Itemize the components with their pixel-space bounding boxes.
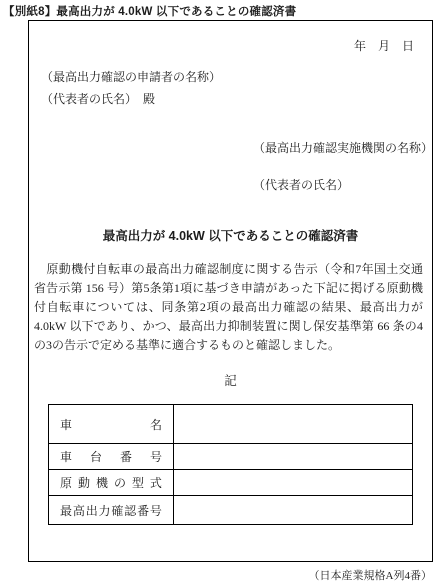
max-output-confirmation-number-value xyxy=(174,496,413,525)
issuer-organization-label: （最高出力確認実施機関の名称） xyxy=(253,139,432,156)
table-row: 車名 xyxy=(49,405,413,444)
date-line: 年 月 日 xyxy=(354,37,414,54)
max-output-confirmation-number-label: 最高出力確認番号 xyxy=(49,502,173,519)
engine-model-value xyxy=(174,470,413,496)
recipient-applicant-name-label: （最高出力確認の申請者の名称） xyxy=(41,66,221,88)
record-marker: 記 xyxy=(29,371,432,389)
issuer-representative-label: （代表者の氏名） xyxy=(253,176,349,193)
body-paragraph: 原動機付自転車の最高出力確認制度に関する告示（令和7年国土交通省告示第 156 … xyxy=(34,260,423,355)
table-row: 車台番号 xyxy=(49,444,413,470)
chassis-number-value xyxy=(174,444,413,470)
recipient-representative-label: （代表者の氏名） 殿 xyxy=(41,88,221,110)
vehicle-info-table: 車名 車台番号 原動機の型式 最高出力確認番号 xyxy=(48,404,413,525)
document-border-frame: 年 月 日 （最高出力確認の申請者の名称） （代表者の氏名） 殿 （最高出力確認… xyxy=(28,20,433,562)
document-title: 最高出力が 4.0kW 以下であることの確認済書 xyxy=(29,226,432,244)
page-title: 【別紙8】最高出力が 4.0kW 以下であることの確認済書 xyxy=(3,3,296,19)
chassis-number-label: 車台番号 xyxy=(49,448,173,465)
engine-model-label: 原動機の型式 xyxy=(49,474,173,491)
recipient-block: （最高出力確認の申請者の名称） （代表者の氏名） 殿 xyxy=(41,66,221,110)
vehicle-name-value xyxy=(174,405,413,444)
paper-size-note: （日本産業規格A列4番） xyxy=(309,567,432,583)
table-row: 原動機の型式 xyxy=(49,470,413,496)
vehicle-name-label: 車名 xyxy=(49,416,173,433)
table-row: 最高出力確認番号 xyxy=(49,496,413,525)
